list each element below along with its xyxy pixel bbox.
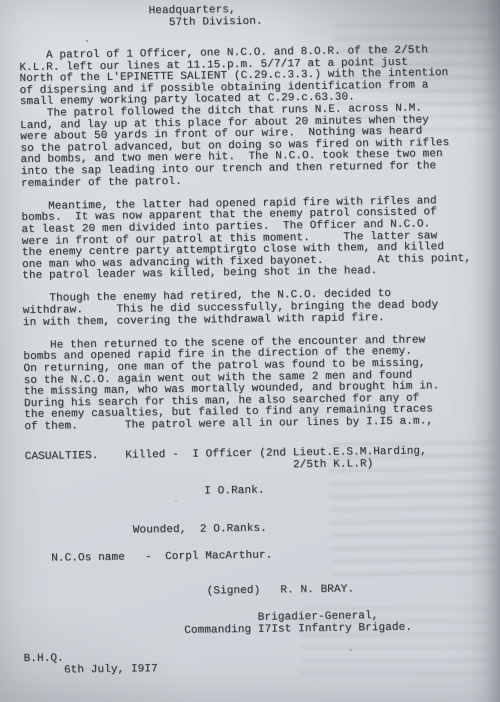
nco-name-line: N.C.Os name - Corpl MacArthur.: [51, 551, 272, 566]
document-text-layer: Headquarters, 57th Division. A patrol of…: [0, 0, 500, 702]
killed-other-ranks-line: I O.Rank.: [204, 486, 264, 498]
patrol-report-body: A patrol of 1 Officer, one N.C.O. and 8.…: [19, 45, 473, 434]
scanned-document-page: Headquarters, 57th Division. A patrol of…: [0, 0, 500, 702]
casualties-killed-line: CASUALTIES. Killed - I Officer (2nd Lieu…: [25, 446, 427, 475]
signed-line: (Signed) R. N. BRAY.: [207, 584, 355, 598]
document-header: Headquarters, 57th Division.: [148, 5, 262, 30]
footer-bhq-date: B.H.Q. 6th July, I9I7: [23, 652, 157, 677]
signature-title-block: Brigadier-General, Commanding I7Ist Infa…: [184, 611, 412, 637]
wounded-line: Wounded, 2 O.Ranks.: [133, 524, 267, 537]
